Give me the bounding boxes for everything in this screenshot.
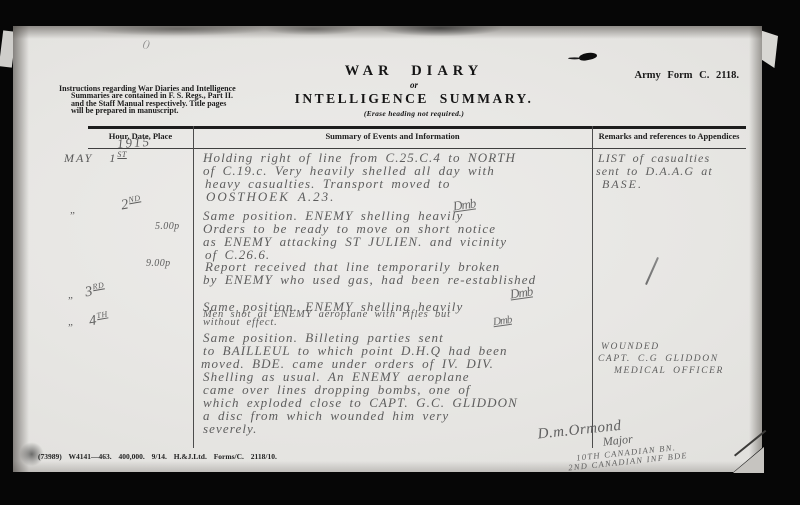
remarks-line: BASE. (602, 177, 643, 192)
initialling-scribble: Dmb (509, 284, 533, 303)
signature-block: D.m.Ormond Major 10TH CANADIAN BN. 2ND C… (537, 408, 723, 496)
summary-line: by ENEMY who used gas, had been re-estab… (203, 272, 536, 288)
summary-line: severely. (203, 421, 258, 437)
entry-date-4th: 4TH (88, 309, 110, 330)
ditto-mark: „ (68, 316, 74, 328)
entry-date-2nd: 2ND (120, 193, 143, 214)
form-title-intelligence-summary: INTELLIGENCE SUMMARY. (268, 91, 560, 107)
summary-line: without effect. (203, 317, 278, 328)
ditto-mark: „ (70, 204, 76, 216)
hour-entry: 5.00p (155, 221, 180, 232)
instructions-block: Instructions regarding War Diaries and I… (59, 85, 264, 114)
column-header-remarks: Remarks and references to Appendices (592, 131, 746, 141)
form-title-block: WAR DIARY or INTELLIGENCE SUMMARY. (Eras… (268, 63, 560, 118)
hour-entry: 9.00p (146, 258, 171, 269)
date-month: MAY (64, 151, 93, 165)
ink-blot (579, 51, 598, 61)
stray-pencil-mark: () (142, 39, 150, 51)
ditto-mark: „ (68, 289, 74, 301)
remarks-line: CAPT. C.G GLIDDON (598, 354, 719, 364)
table-column-divider-1 (193, 126, 194, 448)
date-ordinal: TH (96, 309, 109, 320)
date-ordinal: ST (117, 150, 126, 159)
form-title-war-diary: WAR DIARY (268, 63, 560, 80)
entry-date-3rd: 3RD (84, 280, 107, 301)
instructions-line: will be prepared in manuscript. (71, 107, 264, 114)
form-title-or: or (268, 80, 560, 90)
form-heading-note: (Erase heading not required.) (268, 109, 560, 118)
remarks-line: WOUNDED (601, 342, 660, 352)
table-header-rule (88, 148, 746, 149)
war-diary-form-page: Army Form C. 2118. WAR DIARY or INTELLIG… (13, 26, 762, 472)
initialling-scribble: Dmb (492, 314, 512, 328)
date-ordinal: RD (92, 280, 105, 291)
remarks-line: MEDICAL OFFICER (614, 366, 724, 376)
column-header-summary: Summary of Events and Information (193, 131, 592, 141)
stray-pencil-stroke (645, 257, 659, 285)
entry-date-may-1: MAY 1ST (64, 150, 127, 166)
table-top-rule (88, 126, 746, 129)
scanned-war-diary-screenshot: Army Form C. 2118. WAR DIARY or INTELLIG… (0, 0, 800, 505)
summary-line: OOSTHOEK A.23. (206, 189, 335, 205)
printers-imprint: (73989) W4141—463. 400,000. 9/14. H.&J.L… (38, 452, 277, 461)
date-ordinal: ND (128, 193, 142, 204)
army-form-number: Army Form C. 2118. (607, 70, 739, 81)
table-column-divider-2 (592, 126, 593, 448)
